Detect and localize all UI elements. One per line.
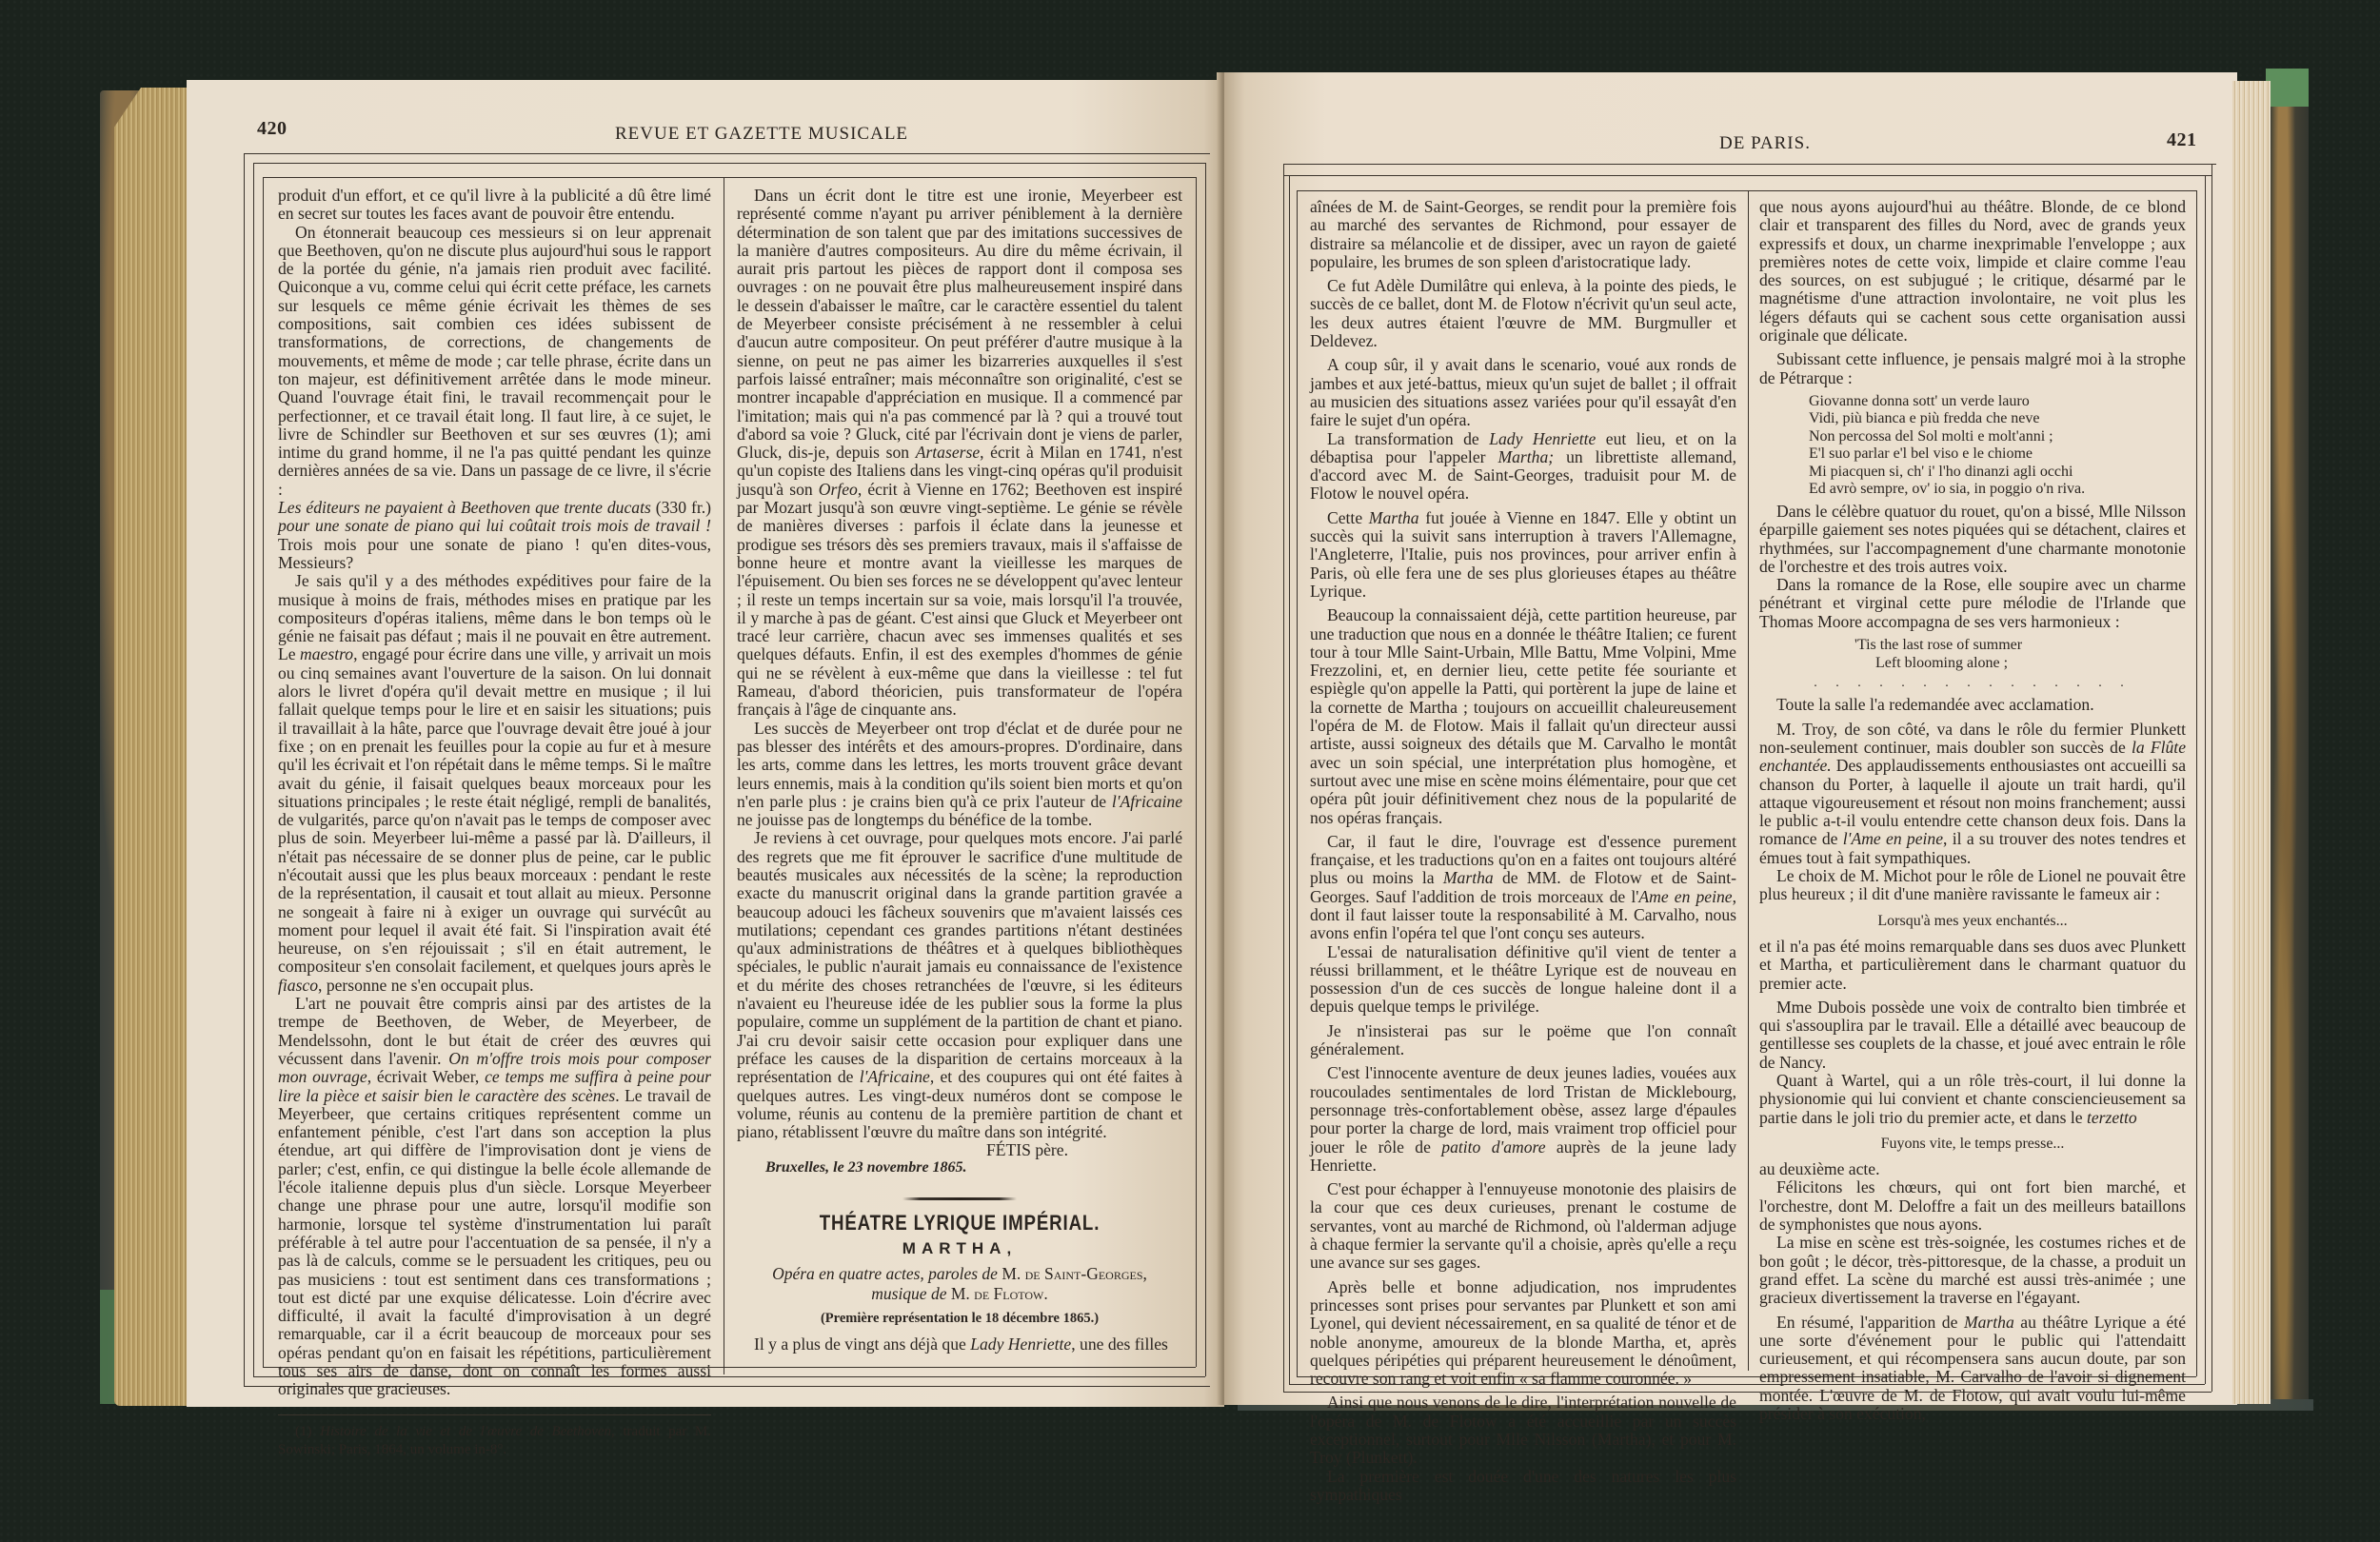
italic-title: Ame en peine <box>1638 887 1732 906</box>
frame-rule <box>244 153 245 1386</box>
paragraph: Ainsi que nous venons de le dire, l'inte… <box>1310 1394 1736 1467</box>
frame-rule <box>2196 190 2197 1376</box>
frame-rule <box>253 163 254 1376</box>
frame-rule <box>1196 177 1197 1367</box>
italic-title: l'Ame en peine <box>1843 829 1943 848</box>
frame-rule <box>1297 190 1298 1376</box>
paragraph: Dans la romance de la Rose, elle soupire… <box>1759 576 2186 631</box>
paragraph: C'est l'innocente aventure de deux jeune… <box>1310 1064 1736 1175</box>
right-cover-marbled <box>2266 69 2309 1401</box>
text: . Le travail de Meyerbeer, que certains … <box>278 1086 711 1399</box>
frame-rule <box>253 163 1205 164</box>
paragraph: C'est pour échapper à l'ennuyeuse monoto… <box>1310 1180 1736 1272</box>
paragraph: Je sais qu'il y a des méthodes expéditiv… <box>278 572 711 995</box>
column-divider <box>724 177 724 1374</box>
paragraph: Félicitons les chœurs, qui ont fort bien… <box>1759 1178 2186 1234</box>
paragraph: Après belle et bonne adjudication, nos i… <box>1310 1278 1736 1389</box>
footnote-rule <box>278 1414 711 1415</box>
paragraph: Le choix de M. Michot pour le rôle de Li… <box>1759 867 2186 904</box>
italic-title: Lady Henriette <box>1489 429 1596 448</box>
italic-quote: pour une sonate de piano qui lui coûtait… <box>278 516 711 535</box>
text: , écrivait Weber, <box>367 1067 480 1086</box>
paragraph: Je n'insisterai pas sur le poëme que l'o… <box>1310 1022 1736 1059</box>
frame-rule <box>2211 164 2212 1392</box>
paragraph: Car, il faut le dire, l'ouvrage est d'es… <box>1310 833 1736 943</box>
paragraph: Dans le célèbre quatuor du rouet, qu'on … <box>1759 503 2186 576</box>
text: Trois mois pour une sonate de piano ! qu… <box>278 535 711 572</box>
verse-line: Left blooming alone ; <box>1854 655 2186 673</box>
frame-rule <box>1283 175 2211 176</box>
right-page: DE PARIS. 421 aînées de M. de Saint-Geor… <box>1224 72 2237 1405</box>
dateline: Bruxelles, le 23 novembre 1865. <box>737 1158 1182 1176</box>
paragraph: On étonnerait beaucoup ces messieurs si … <box>278 224 711 499</box>
verse-line: 'Tis the last rose of summer <box>1854 637 2186 655</box>
frame-rule <box>1297 190 2196 191</box>
section-heading: THÉATRE LYRIQUE IMPÉRIAL. <box>770 1214 1149 1232</box>
frame-rule <box>244 153 1210 154</box>
italic-term: fiasco <box>278 976 318 995</box>
italic-title: l'Africaine <box>860 1067 930 1086</box>
frame-rule <box>1283 164 2216 165</box>
paragraph: La transformation de Lady Henriette eut … <box>1310 430 1736 504</box>
article-column-1: produit d'un effort, et ce qu'il livre à… <box>278 187 711 1459</box>
paragraph: Mme Dubois possède une voix de contralto… <box>1759 998 2186 1072</box>
credit-label: musique de <box>871 1284 946 1303</box>
italic-term: terzetto <box>2087 1108 2137 1127</box>
page-number: 421 <box>2167 129 2197 151</box>
paragraph: Toute la salle l'a redemandée avec accla… <box>1759 696 2186 714</box>
frame-rule <box>1205 163 1206 1376</box>
cover-corner <box>2266 69 2309 107</box>
paragraph: Les succès de Meyerbeer ont trop d'éclat… <box>737 720 1182 830</box>
paragraph: Subissant cette influence, je pensais ma… <box>1759 350 2186 387</box>
frame-rule <box>1283 164 1284 1392</box>
librettist: M. de Saint-Georges, <box>1002 1264 1147 1283</box>
paragraph: que nous ayons aujourd'hui au théâtre. B… <box>1759 198 2186 345</box>
text: Dans un écrit dont le titre est une iron… <box>737 186 1182 462</box>
footnote-title: Histoire de la vie et de l'œuvre de Beet… <box>320 1424 611 1439</box>
frame-rule <box>2205 175 2206 1384</box>
paragraph: En résumé, l'apparition de Martha au thé… <box>1759 1314 2186 1424</box>
credit-label: Opéra en quatre actes, paroles de <box>772 1264 998 1283</box>
italic-title: Artaserse <box>916 443 980 462</box>
air-quote: Fuyons vite, le temps presse... <box>1759 1135 2186 1153</box>
footnote-marker: (1) <box>295 1424 312 1439</box>
paragraph: Cette Martha fut jouée à Vienne en 1847.… <box>1310 509 1736 601</box>
paragraph: La mise en scène est très-soignée, les c… <box>1759 1234 2186 1307</box>
paragraph: aînées de M. de Saint-Georges, se rendit… <box>1310 198 1736 271</box>
petrarch-verse: Giovanne donna sott' un verde lauro Vidi… <box>1759 393 2186 499</box>
paragraph: au deuxième acte. <box>1759 1160 2186 1178</box>
paragraph: Beaucoup la connaissaient déjà, cette pa… <box>1310 606 1736 827</box>
quote-paragraph: Les éditeurs ne payaient à Beethoven que… <box>278 499 711 572</box>
text: La transformation de <box>1327 429 1479 448</box>
paragraph: Ce fut Adèle Dumilâtre qui enleva, à la … <box>1310 277 1736 350</box>
paragraph: Quant à Wartel, qui a un rôle très-court… <box>1759 1072 2186 1127</box>
text: Cette <box>1327 508 1362 527</box>
title-punct: , <box>1006 1239 1017 1257</box>
verse-line: Ed avrò sempre, ov' io sia, in poggio o'… <box>1809 481 2186 499</box>
verse-line: Giovanne donna sott' un verde lauro <box>1809 393 2186 411</box>
column-divider <box>1748 190 1749 1371</box>
footnote: (1) Histoire de la vie et de l'œuvre de … <box>278 1423 711 1459</box>
review-column-1: aînées de M. de Saint-Georges, se rendit… <box>1310 198 1736 1504</box>
moore-verse: 'Tis the last rose of summer Left bloomi… <box>1759 637 2186 672</box>
paragraph: et il n'a pas été moins remarquable dans… <box>1759 938 2186 993</box>
running-head: DE PARIS. <box>1719 133 1811 154</box>
paragraph: M. Troy, de son côté, va dans le rôle du… <box>1759 721 2186 867</box>
text: , une des filles <box>1071 1334 1168 1354</box>
text: , écrit à Vienne en 1762; Beethoven est … <box>737 480 1182 720</box>
italic-title: Martha <box>1369 508 1419 527</box>
text: Je reviens à cet ouvrage, pour quelques … <box>737 828 1182 1086</box>
paragraph: A coup sûr, il y avait dans le scenario,… <box>1310 356 1736 429</box>
frame-rule <box>263 177 1196 178</box>
text: ne jouisse pas de longtemps du bénéfice … <box>737 810 1092 829</box>
article-column-2: Dans un écrit dont le titre est une iron… <box>737 187 1182 1354</box>
page-block-edge-right <box>2232 81 2271 1404</box>
verse-line: Mi piacquen si, ch' i' l'ho dinanzi agli… <box>1809 464 2186 482</box>
review-column-2: que nous ayons aujourd'hui au théâtre. B… <box>1759 198 2186 1423</box>
left-page: 420 REVUE ET GAZETTE MUSICALE produit d'… <box>187 80 1224 1407</box>
quote-amount: (330 fr.) <box>656 498 711 517</box>
frame-rule <box>263 177 264 1367</box>
italic-title: Orfeo <box>819 480 858 499</box>
paragraph: Je reviens à cet ouvrage, pour quelques … <box>737 829 1182 1141</box>
composer: M. de Flotow. <box>951 1284 1048 1303</box>
ellipsis-line: . . . . . . . . . . . . . . . <box>1759 674 2186 692</box>
air-quote: Lorsqu'à mes yeux enchantés... <box>1759 912 2186 930</box>
italic-term: patito d'amore <box>1441 1137 1545 1156</box>
premiere-date: (Première représentation le 18 décembre … <box>737 1310 1182 1328</box>
italic-title: Martha <box>1964 1313 2014 1332</box>
text: Il y a plus de vingt ans déjà que <box>754 1334 966 1354</box>
verse-line: Non percossa del Sol molti e molt'anni ; <box>1809 428 2186 446</box>
paragraph: L'essai de naturalisation définitive qu'… <box>1310 943 1736 1017</box>
verse-line: Vidi, più bianca e più fredda che neve <box>1809 410 2186 428</box>
paragraph: L'art ne pouvait être compris ainsi par … <box>278 995 711 1399</box>
paragraph: Dans un écrit dont le titre est une iron… <box>737 187 1182 720</box>
section-divider <box>902 1197 1017 1200</box>
title-text: MARTHA <box>902 1239 1007 1257</box>
opera-title: MARTHA, <box>737 1239 1182 1257</box>
text: , personne ne s'en occupait plus. <box>318 976 533 995</box>
italic-title: l'Africaine <box>1112 792 1182 811</box>
page-block-edge-left <box>114 88 190 1406</box>
page-number: 420 <box>257 118 288 140</box>
paragraph: produit d'un effort, et ce qu'il livre à… <box>278 187 711 224</box>
running-head: REVUE ET GAZETTE MUSICALE <box>615 124 908 145</box>
opera-credits: Opéra en quatre actes, paroles de M. de … <box>737 1264 1182 1304</box>
text: , engagé pour écrire dans une ville, y a… <box>278 644 711 976</box>
text: M. Troy, de son côté, va dans le rôle du… <box>1759 720 2186 757</box>
paragraph: La première est douée d'une des natures … <box>1310 1468 1736 1505</box>
italic-title: Martha; <box>1497 447 1554 466</box>
italic-title: Martha <box>1443 868 1494 887</box>
frame-rule <box>1289 175 1290 1384</box>
verse-line: E'l suo parlar e'l bel viso e le chiome <box>1809 445 2186 464</box>
italic-term: maestro <box>300 644 353 663</box>
italic-quote: Les éditeurs ne payaient à Beethoven que… <box>278 498 651 517</box>
italic-title: Lady Henriette <box>970 1334 1071 1354</box>
paragraph: Il y a plus de vingt ans déjà que Lady H… <box>737 1335 1182 1354</box>
text: En résumé, l'apparition de <box>1776 1313 1957 1332</box>
